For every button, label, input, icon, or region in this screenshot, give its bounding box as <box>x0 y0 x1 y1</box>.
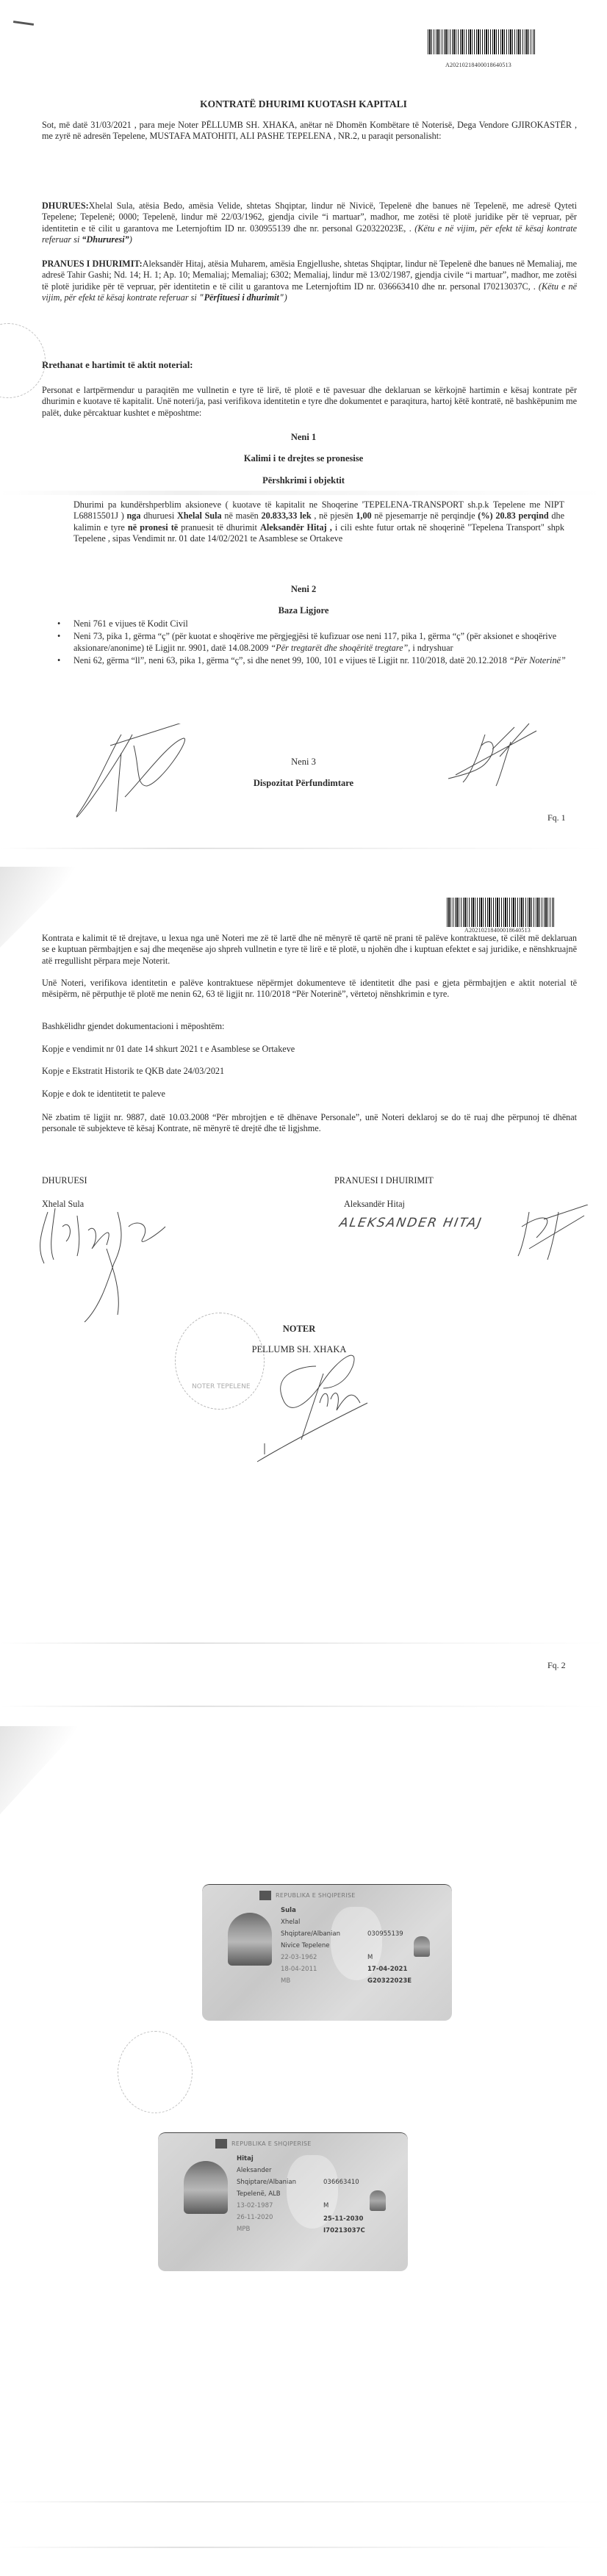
id-card-header: REPUBLIKA E SHQIPERISE <box>276 1892 356 1899</box>
barcode-number: A20210218400018640513 <box>445 62 511 68</box>
recipient-handwritten-signature <box>514 1205 595 1263</box>
id-date-of-expiry: 25-11-2030 <box>323 2215 363 2223</box>
id-date-of-issue: 26-11-2020 <box>237 2214 273 2221</box>
circumstances-heading: Rrethanat e hartimit të aktit noterial: <box>42 360 577 371</box>
recipient-label: PRANUES I DHURIMIT: <box>42 259 143 269</box>
id-card-number: 030955139 <box>367 1930 403 1938</box>
article-3-title: Dispozitat Përfundimtare <box>0 778 607 789</box>
notary-stamp-partial <box>118 2031 193 2113</box>
id-ghost-photo <box>370 2190 386 2211</box>
recipient-name: Aleksandër Hitaj <box>344 1199 528 1210</box>
recipient-handwritten-name: ALEKSANDER HITAJ <box>338 1216 484 1230</box>
stamp-text: NOTER TEPELENE <box>192 1383 251 1390</box>
circumstances-paragraph: Personat e lartpërmendur u paraqitën me … <box>42 385 577 419</box>
recipient-ref-end: ) <box>284 292 287 303</box>
article-1-subtitle: Përshkrimi i objektit <box>0 475 607 486</box>
id-personal-number: I70213037C <box>323 2227 365 2234</box>
article-2-number: Neni 2 <box>0 584 607 595</box>
barcode <box>428 29 535 54</box>
id-date-of-birth: 22-03-1962 <box>281 1954 317 1961</box>
id-given-name: Aleksander <box>237 2167 271 2174</box>
id-given-name: Xhelal <box>281 1919 300 1926</box>
intro-paragraph: Sot, më datë 31/03/2021 , para meje Note… <box>42 120 577 142</box>
id-date-of-birth: 13-02-1987 <box>237 2202 273 2209</box>
legal-basis-item: Neni 62, gërma “ll”, neni 63, pika 1, gë… <box>53 655 576 666</box>
donor-signature-label: DHURUESI <box>42 1175 189 1186</box>
notary-stamp-partial <box>0 323 46 398</box>
article-1-text-run: , në pjesën <box>312 510 356 521</box>
id-authority: MPB <box>237 2226 250 2233</box>
donor-handwritten-signature <box>33 1205 180 1322</box>
id-surname: Sula <box>281 1907 296 1914</box>
id-authority: MB <box>281 1977 290 1985</box>
id-card-recipient: REPUBLIKA E SHQIPERISE Hitaj Aleksander … <box>158 2132 408 2271</box>
recipient-ref-term: "Përfituesi i dhurimit" <box>199 292 284 303</box>
article-1-body: Dhurimi pa kundërshperblim aksioneve ( k… <box>73 499 564 545</box>
reading-paragraph: Kontrata e kalimit të të drejtave, u lex… <box>42 933 577 967</box>
article-1-number: Neni 1 <box>0 432 607 443</box>
scan-artifact <box>0 2547 607 2548</box>
scan-artifact <box>0 1706 607 1707</box>
scan-artifact <box>0 2501 607 2503</box>
id-card-number: 036663410 <box>323 2179 359 2186</box>
article-1-text-run: 1,00 <box>356 510 371 521</box>
id-photo <box>184 2161 228 2214</box>
pen-mark <box>13 21 34 26</box>
article-1-text-run: pranuesit të dhurimit <box>178 522 260 533</box>
legal-basis-item: Neni 73, pika 1, gërma “ç” (për kuotat e… <box>53 631 576 654</box>
id-place-of-birth: Tepelenë, ALB <box>237 2190 281 2198</box>
notary-signature <box>250 1330 382 1469</box>
attachments-heading: Bashkëlidhr gjendet dokumentacioni i mëp… <box>42 1021 577 1032</box>
article-1-text-run: Xhelal Sula <box>177 510 222 521</box>
donor-label: DHURUES: <box>42 201 89 211</box>
article-1-text-run: në pronesi të <box>128 522 178 533</box>
legal-basis-item: Neni 761 e vijues të Kodit Civil <box>53 618 576 629</box>
verification-paragraph: Unë Noteri, verifikova identitetin e pal… <box>42 978 577 1000</box>
document-title: KONTRATË DHURIMI KUOTASH KAPITALI <box>0 98 607 110</box>
id-sex: M <box>323 2202 328 2209</box>
id-surname: Hitaj <box>237 2155 254 2162</box>
id-place-of-birth: Nivice Tepelene <box>281 1942 330 1949</box>
article-1-text-run: (%) 20.83 perqind <box>478 510 548 521</box>
id-photo <box>228 1913 272 1966</box>
article-1-title: Kalimi i te drejtes se pronesise <box>0 453 607 464</box>
id-date-of-issue: 18-04-2011 <box>281 1966 317 1973</box>
id-nationality: Shqiptare/Albanian <box>281 1930 340 1938</box>
donor-ref-term: “Dhururesi” <box>82 234 129 245</box>
scan-artifact <box>0 1642 607 1644</box>
id-personal-number: G20322023E <box>367 1977 412 1985</box>
privacy-paragraph: Në zbatim të ligjit nr. 9887, datë 10.03… <box>42 1112 577 1135</box>
recipient-signature-label: PRANUESI I DHUIRIMIT <box>334 1175 518 1186</box>
donor-ref-end: ) <box>129 234 132 245</box>
attachment-item: Kopje e dok te identitetit te paleve <box>42 1089 577 1100</box>
id-card-header: REPUBLIKA E SHQIPERISE <box>231 2140 312 2147</box>
article-1-text-run: Aleksandër Hitaj , <box>260 522 332 533</box>
article-1-text-run: 20.833,33 lek <box>262 510 312 521</box>
scan-artifact <box>0 491 607 495</box>
id-nationality: Shqiptare/Albanian <box>237 2179 296 2186</box>
id-date-of-expiry: 17-04-2021 <box>367 1966 407 1973</box>
recipient-paragraph: PRANUES I DHURIMIT:Aleksandër Hitaj, atë… <box>42 259 577 304</box>
id-ghost-photo <box>414 1936 430 1957</box>
article-1-text-run: nga <box>127 510 141 521</box>
attachment-item: Kopje e Ekstratit Historik te QKB date 2… <box>42 1066 577 1077</box>
donor-signature <box>66 724 198 826</box>
article-1-text-run: në masën <box>222 510 262 521</box>
page-number-2: Fq. 2 <box>547 1660 566 1671</box>
barcode <box>447 898 554 927</box>
id-sex: M <box>367 1954 373 1961</box>
article-2-title: Baza Ligjore <box>0 605 607 616</box>
albanian-emblem-icon <box>215 2139 227 2149</box>
article-1-text-run: dhuruesi <box>140 510 176 521</box>
donor-paragraph: DHURUES:Xhelal Sula, atësia Bedo, amësia… <box>42 201 577 246</box>
attachment-item: Kopje e vendimit nr 01 date 14 shkurt 20… <box>42 1044 577 1055</box>
page-number-1: Fq. 1 <box>547 812 566 823</box>
article-3-number: Neni 3 <box>0 757 607 768</box>
article-1-text-run: në pjesemarrje në perqindje <box>372 510 478 521</box>
id-card-donor: REPUBLIKA E SHQIPERISE Sula Xhelal Shqip… <box>202 1884 452 2021</box>
legal-basis-list: Neni 761 e vijues të Kodit CivilNeni 73,… <box>53 618 576 668</box>
scan-artifact <box>0 848 607 849</box>
albanian-emblem-icon <box>259 1891 271 1900</box>
page-fold-shadow <box>0 1726 81 1814</box>
